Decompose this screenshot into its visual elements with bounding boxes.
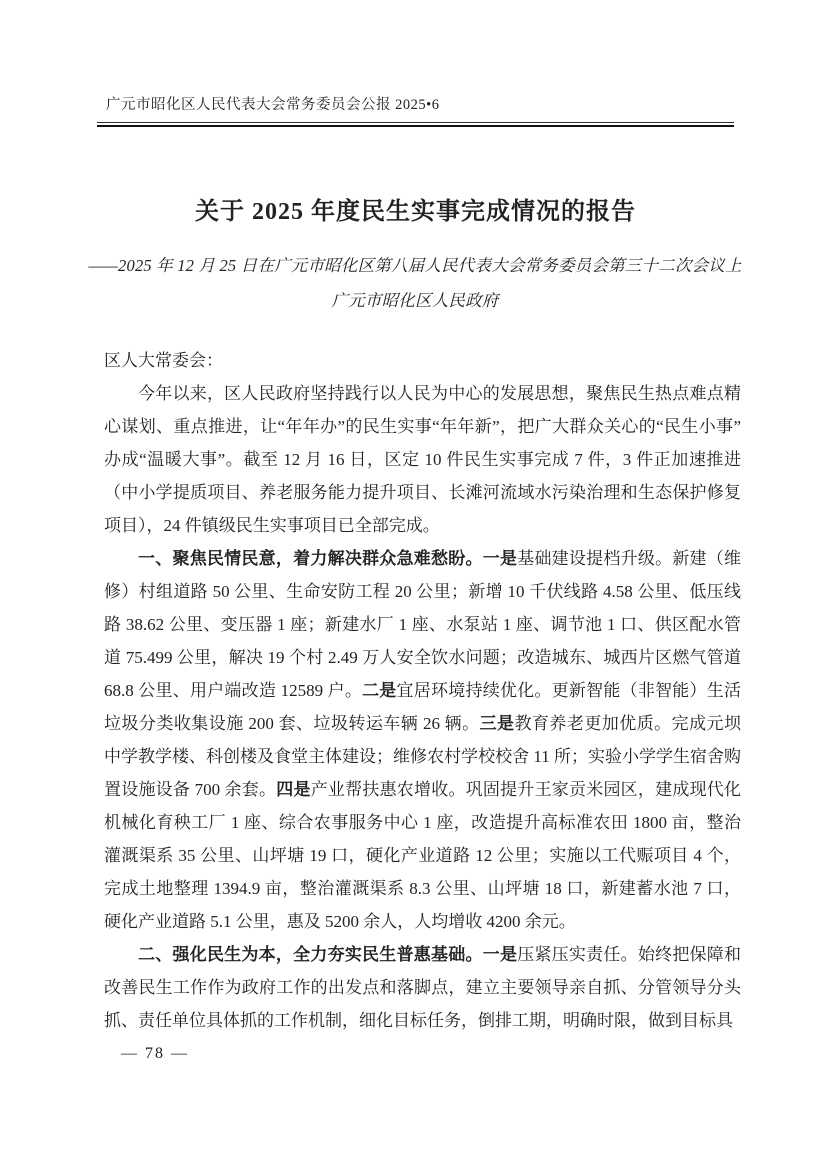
text-run: 基础建设提档升级。新建（维修）村组道路 50 公里、生命安防工程 20 公里；新… [104, 549, 741, 700]
emphasis-run: 二、强化民生为本，全力夯实民生普惠基础。 [138, 945, 483, 964]
text-run: 产业帮扶惠农增收。巩固提升王家贡米园区，建成现代化机械化育秧工厂 1 座、综合农… [104, 780, 741, 931]
emphasis-run: 四是 [276, 780, 310, 799]
text-run: 今年以来，区人民政府坚持践行以人民为中心的发展思想，聚焦民生热点难点精心谋划、重… [104, 384, 741, 535]
subtitle-issuer: 广元市昭化区人民政府 [85, 290, 745, 312]
paragraph: 一、聚焦民情民意，着力解决群众急难愁盼。一是基础建设提档升级。新建（维修）村组道… [104, 542, 741, 938]
paragraph: 二、强化民生为本，全力夯实民生普惠基础。一是压紧压实责任。始终把保障和改善民生工… [104, 938, 741, 1037]
bulletin-header: 广元市昭化区人民代表大会常务委员会公报 2025•6 [106, 93, 439, 114]
paragraphs: 今年以来，区人民政府坚持践行以人民为中心的发展思想，聚焦民生热点难点精心谋划、重… [104, 377, 741, 1037]
emphasis-run: 三是 [480, 714, 515, 733]
emphasis-run: 一、聚焦民情民意，着力解决群众急难愁盼。 [138, 549, 483, 568]
salutation: 区人大常委会： [104, 344, 741, 377]
emphasis-run: 一是 [483, 945, 517, 964]
page-number: — 78 — [121, 1045, 189, 1063]
page-title: 关于 2025 年度民生实事完成情况的报告 [97, 196, 734, 228]
subtitle-meeting-info: ——2025 年 12 月 25 日在广元市昭化区第八届人民代表大会常务委员会第… [85, 255, 745, 277]
emphasis-run: 一是 [483, 549, 517, 568]
document-body: 区人大常委会： 今年以来，区人民政府坚持践行以人民为中心的发展思想，聚焦民生热点… [104, 344, 741, 1037]
paragraph: 今年以来，区人民政府坚持践行以人民为中心的发展思想，聚焦民生热点难点精心谋划、重… [104, 377, 741, 542]
bulletin-page: 广元市昭化区人民代表大会常务委员会公报 2025•6 关于 2025 年度民生实… [0, 0, 827, 1170]
header-rule [97, 122, 734, 127]
emphasis-run: 二是 [362, 681, 396, 700]
